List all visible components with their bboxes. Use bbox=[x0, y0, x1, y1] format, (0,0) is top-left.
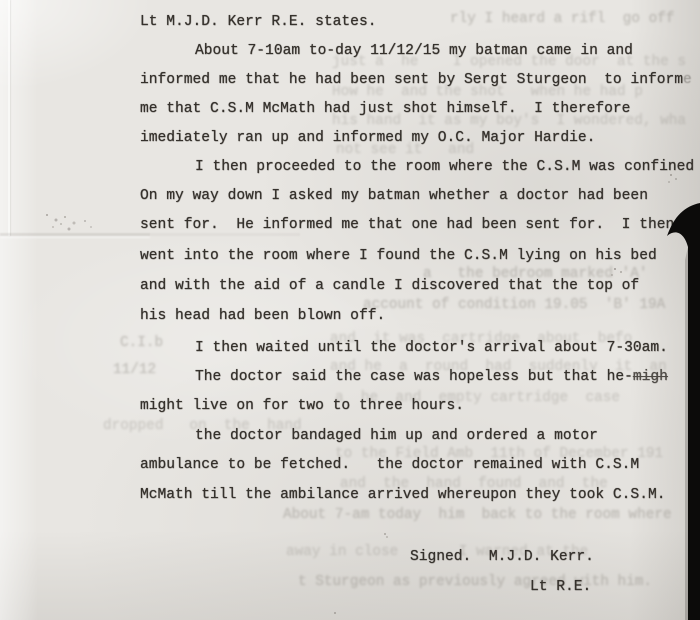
page-curl-shadow bbox=[654, 200, 700, 620]
vertical-fold-line bbox=[8, 0, 10, 236]
scanned-document-page: rly I heard a rifl go off just a he I op… bbox=[0, 0, 700, 620]
statement-line: the doctor bandaged him up and ordered a… bbox=[195, 426, 598, 446]
signature-rank: Lt R.E. bbox=[530, 577, 591, 597]
statement-line: me that C.S.M McMath had just shot himse… bbox=[140, 99, 630, 119]
statement-line-text: The doctor said the case was hopeless bu… bbox=[195, 369, 633, 385]
statement-line: informed me that he had been sent by Ser… bbox=[140, 70, 692, 90]
statement-line: went into the room where I found the C.S… bbox=[140, 246, 657, 266]
ink-speckles bbox=[614, 268, 616, 270]
horizontal-crease bbox=[0, 233, 150, 236]
statement-line: The doctor said the case was hopeless bu… bbox=[195, 367, 668, 387]
statement-line: On my way down I asked my batman whether… bbox=[140, 186, 648, 206]
bleed-through-line: t Sturgeon as previously agreed with him… bbox=[298, 574, 652, 590]
statement-line: McMath till the ambilance arrived whereu… bbox=[140, 485, 665, 505]
statement-line: About 7-10am to-day 11/12/15 my batman c… bbox=[195, 41, 633, 61]
ink-speckles bbox=[384, 533, 386, 535]
statement-heading: Lt M.J.D. Kerr R.E. states. bbox=[140, 12, 376, 32]
statement-line: I then waited until the doctor's arrival… bbox=[195, 338, 668, 358]
statement-line: imediately ran up and informed my O.C. M… bbox=[140, 128, 595, 148]
signature-line: Signed. M.J.D. Kerr. bbox=[410, 547, 594, 567]
bleed-through-line: account of condition 19.05 'B' 19A bbox=[363, 297, 665, 313]
bleed-through-line: About 7-am today him back to the room wh… bbox=[283, 507, 672, 523]
statement-line: and with the aid of a candle I discovere… bbox=[140, 276, 639, 296]
faint-typed-char: e bbox=[683, 72, 692, 88]
ink-speckles bbox=[670, 174, 672, 176]
statement-line-text: informed me that he had been sent by Ser… bbox=[140, 72, 683, 88]
ink-speckles bbox=[46, 214, 48, 216]
ink-speckles bbox=[334, 612, 336, 614]
statement-line: sent for. He informed me that one had be… bbox=[140, 215, 674, 235]
statement-line: might live on for two to three hours. bbox=[140, 396, 464, 416]
bleed-through-line: C.I.b bbox=[120, 335, 163, 351]
statement-line: I then proceeded to the room where the C… bbox=[195, 157, 694, 177]
bleed-through-line: 11/12 bbox=[113, 362, 156, 378]
statement-line: ambulance to be fetched. the doctor rema… bbox=[140, 455, 639, 475]
bleed-through-line: rly I heard a rifl go off bbox=[450, 11, 675, 27]
statement-line: his head had been blown off. bbox=[140, 306, 385, 326]
